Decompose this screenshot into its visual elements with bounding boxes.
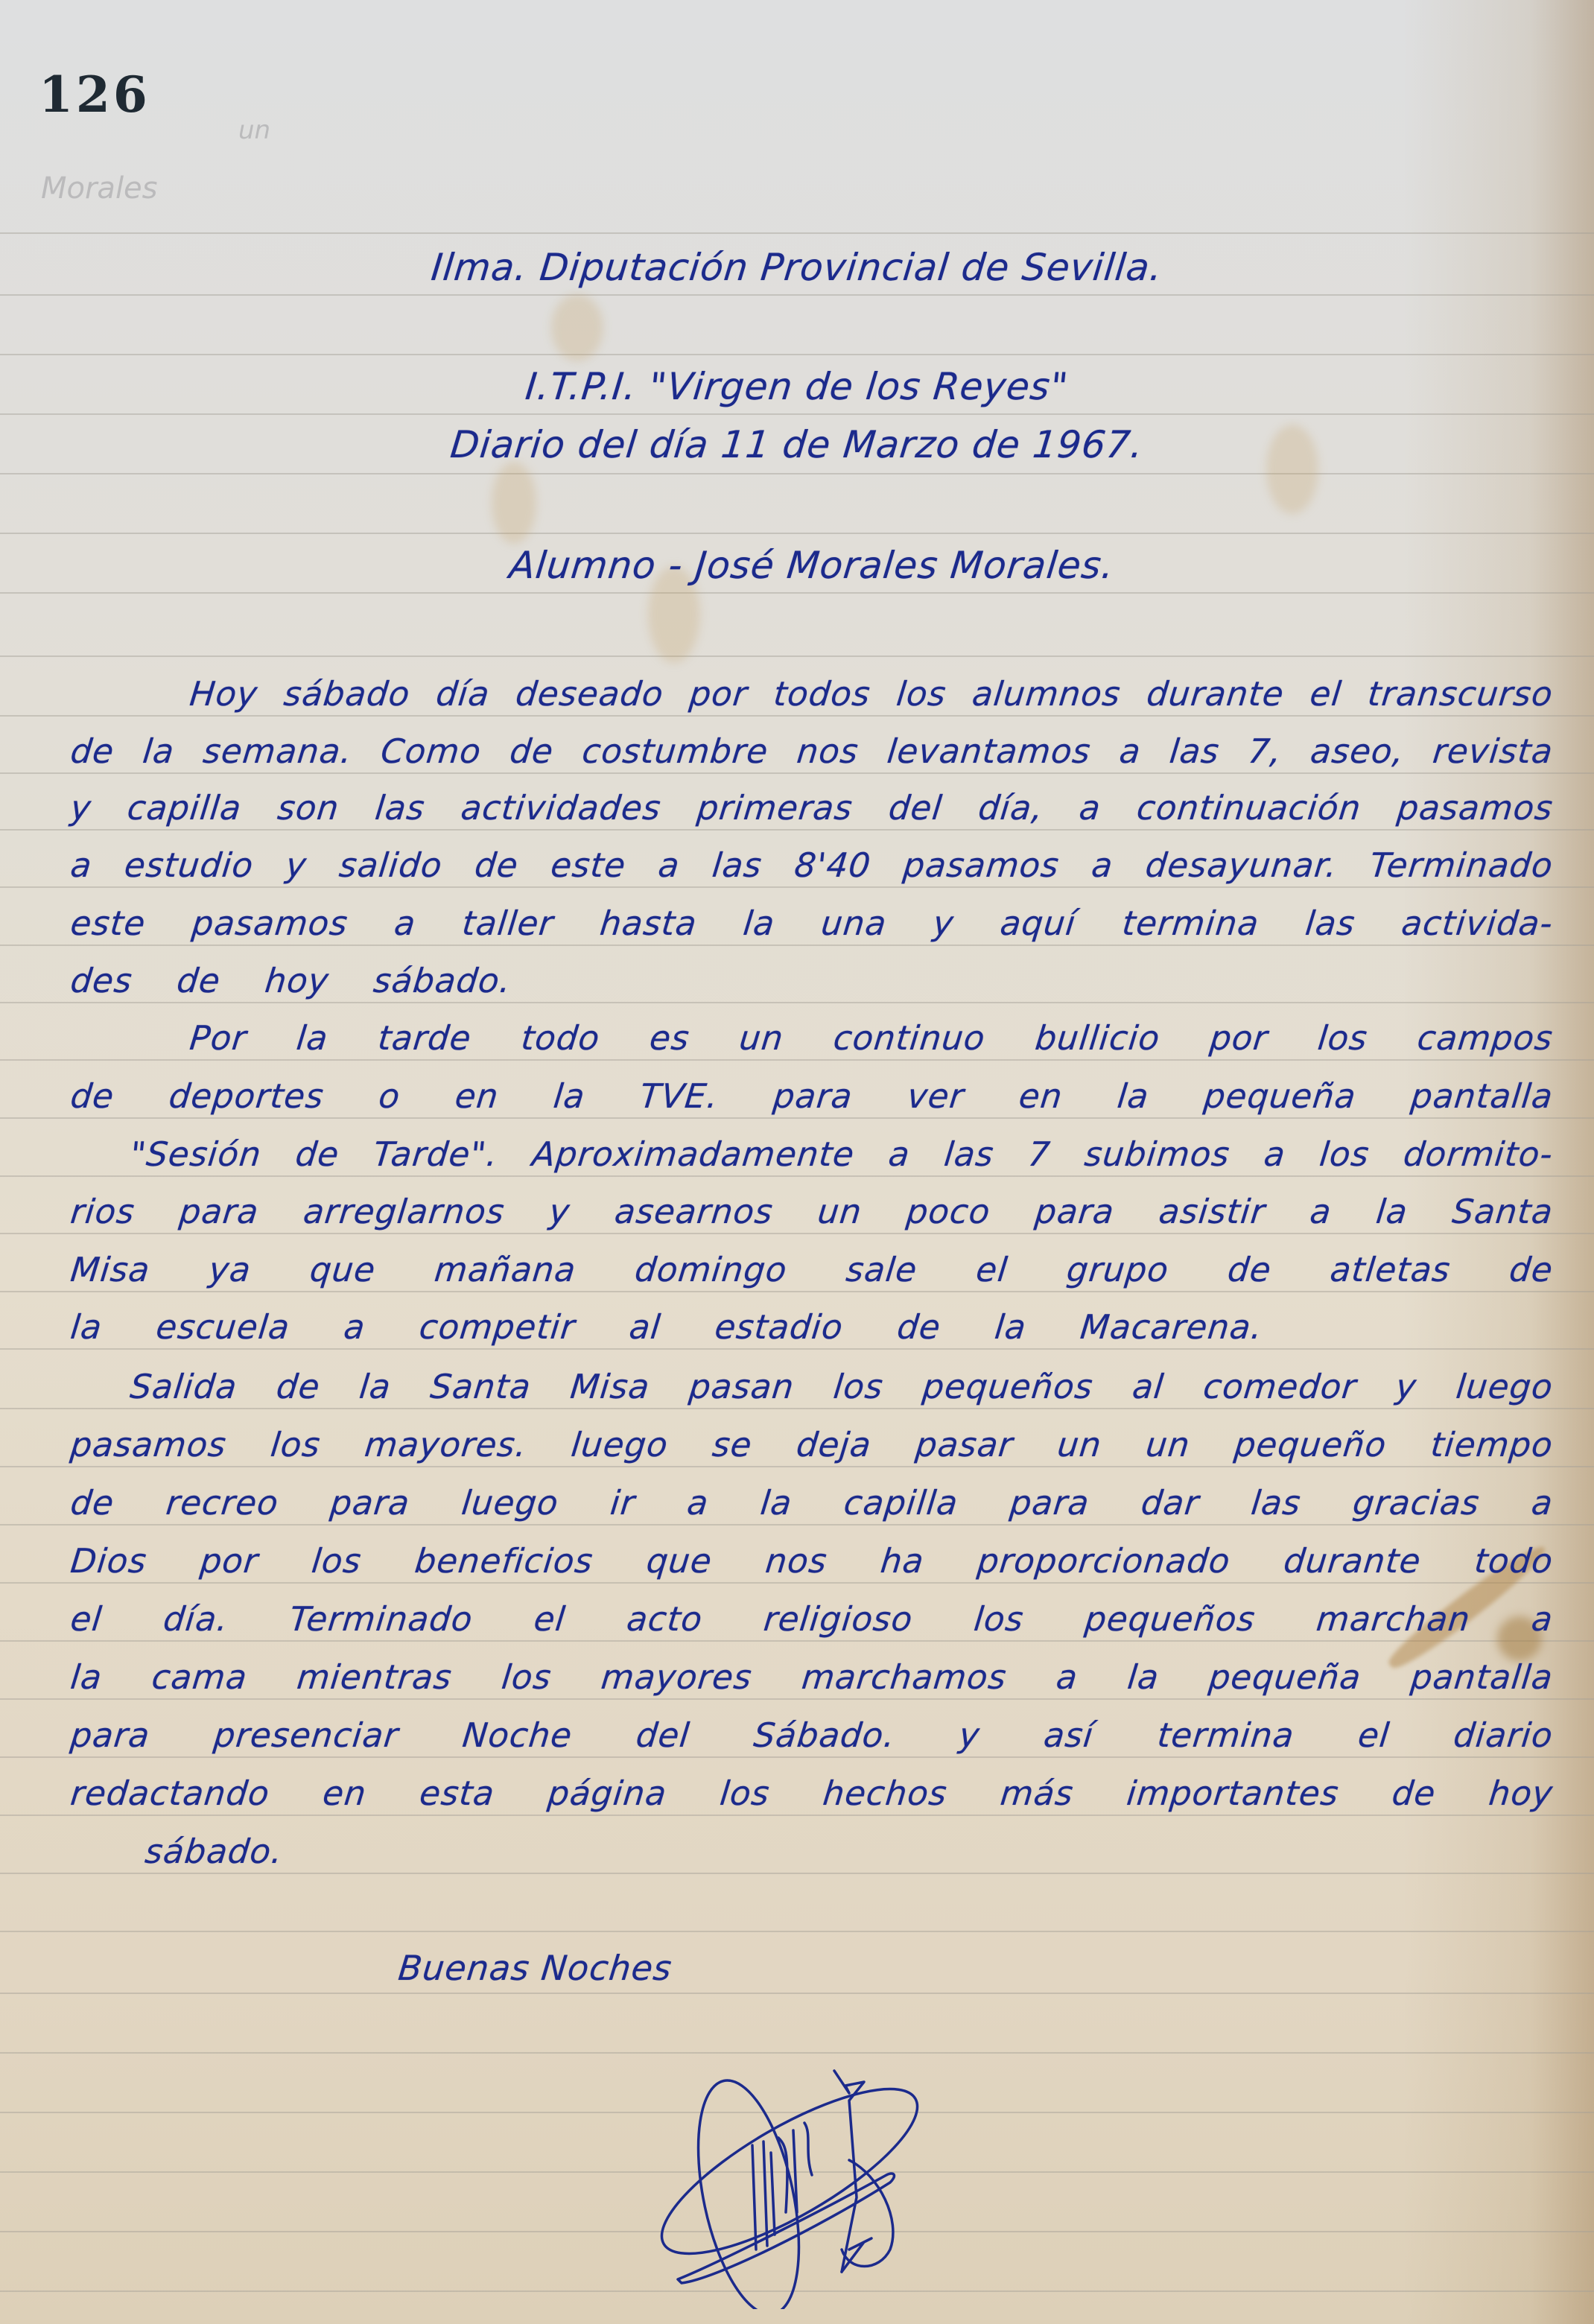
word: hechos bbox=[821, 1774, 949, 1813]
word: TVE. bbox=[638, 1076, 721, 1116]
word: capilla bbox=[125, 788, 244, 828]
word: un bbox=[1055, 1425, 1104, 1464]
school-heading: I.T.P.I. "Virgen de los Reyes" bbox=[0, 365, 1594, 408]
word: de bbox=[175, 961, 223, 1000]
word: pequeños bbox=[1083, 1599, 1257, 1639]
word: el bbox=[1308, 674, 1344, 714]
pencil-mark: Morales bbox=[41, 171, 158, 206]
word: asearnos bbox=[613, 1192, 775, 1231]
word: los bbox=[500, 1657, 553, 1697]
word: Aproximadamente bbox=[530, 1134, 857, 1174]
word: transcurso bbox=[1366, 674, 1555, 714]
word: del bbox=[635, 1715, 692, 1755]
word: todos bbox=[772, 674, 872, 714]
pencil-mark: un bbox=[238, 115, 270, 145]
rule-line bbox=[0, 1348, 1594, 1350]
body-line: delasemana.Comodecostumbrenoslevantamosa… bbox=[69, 731, 1555, 771]
word: estudio bbox=[123, 845, 255, 885]
word: de bbox=[1390, 1774, 1438, 1813]
word: el bbox=[532, 1599, 568, 1639]
word: pequeños bbox=[921, 1367, 1095, 1406]
word: mayores. bbox=[363, 1425, 529, 1464]
word: así bbox=[1042, 1715, 1096, 1755]
word: los bbox=[1316, 1018, 1370, 1058]
word: las bbox=[373, 788, 427, 828]
word: más bbox=[999, 1774, 1076, 1813]
word: Macarena. bbox=[1079, 1307, 1265, 1347]
body-line: dedeportesoenlaTVE.paraverenlapequeñapan… bbox=[69, 1076, 1555, 1116]
body-line: desdehoysábado. bbox=[69, 961, 1555, 1000]
word: pasan bbox=[688, 1367, 796, 1406]
rule-line bbox=[0, 772, 1594, 774]
word: bullicio bbox=[1033, 1018, 1162, 1058]
word: proporcionado bbox=[976, 1541, 1233, 1581]
word: de bbox=[293, 1134, 341, 1174]
water-stain bbox=[492, 462, 536, 544]
word: nos bbox=[763, 1541, 829, 1581]
word: a bbox=[1078, 788, 1103, 828]
word: a bbox=[69, 845, 94, 885]
word: sábado. bbox=[372, 961, 513, 1000]
word: la bbox=[758, 1483, 794, 1523]
word: hoy bbox=[1487, 1774, 1555, 1813]
word: Terminado bbox=[1368, 845, 1555, 885]
word: comedor bbox=[1201, 1367, 1359, 1406]
word: la bbox=[741, 904, 777, 943]
word: competir bbox=[417, 1307, 577, 1347]
word: la bbox=[295, 1018, 331, 1058]
word: que bbox=[308, 1250, 378, 1289]
rule-line bbox=[0, 533, 1594, 534]
rule-line bbox=[0, 1756, 1594, 1758]
word: de bbox=[1508, 1250, 1555, 1289]
word: ver bbox=[906, 1076, 966, 1116]
word: capilla bbox=[842, 1483, 960, 1523]
word: acto bbox=[625, 1599, 705, 1639]
rule-line bbox=[0, 1640, 1594, 1642]
word: Misa bbox=[69, 1250, 152, 1289]
student-heading: Alumno - José Morales Morales. bbox=[0, 544, 1594, 587]
word: el bbox=[69, 1599, 104, 1639]
word: para bbox=[177, 1192, 261, 1231]
body-line: Diosporlosbeneficiosquenoshaproporcionad… bbox=[69, 1541, 1555, 1581]
date-heading: Diario del día 11 de Marzo de 1967. bbox=[0, 423, 1594, 466]
word: a bbox=[1117, 731, 1143, 771]
word: a bbox=[1055, 1657, 1080, 1697]
word: Por bbox=[188, 1018, 249, 1058]
word: los bbox=[310, 1541, 363, 1581]
institution-heading: Ilma. Diputación Provincial de Sevilla. bbox=[0, 246, 1594, 289]
rule-line bbox=[0, 592, 1594, 594]
word: para bbox=[772, 1076, 855, 1116]
word: Como bbox=[379, 731, 483, 771]
word: de bbox=[69, 1483, 116, 1523]
water-stain bbox=[551, 294, 603, 361]
word: gracias bbox=[1351, 1483, 1482, 1523]
word: termina bbox=[1155, 1715, 1296, 1755]
word: y bbox=[931, 904, 956, 943]
word: durante bbox=[1145, 674, 1286, 714]
word: un bbox=[1144, 1425, 1193, 1464]
word: aseo, bbox=[1309, 731, 1406, 771]
word: campos bbox=[1415, 1018, 1555, 1058]
word: en bbox=[321, 1774, 369, 1813]
word: poco bbox=[904, 1192, 992, 1231]
rule-line bbox=[0, 1698, 1594, 1700]
word: actividades bbox=[459, 788, 663, 828]
word: al bbox=[627, 1307, 663, 1347]
word: la bbox=[358, 1367, 393, 1406]
word: a bbox=[886, 1134, 912, 1174]
word: de bbox=[1226, 1250, 1274, 1289]
word: tiempo bbox=[1429, 1425, 1555, 1464]
rule-line bbox=[0, 413, 1594, 415]
word: los bbox=[718, 1774, 772, 1813]
word: arreglarnos bbox=[302, 1192, 507, 1231]
body-line: Misayaquemañanadomingosaleelgrupodeatlet… bbox=[69, 1250, 1555, 1289]
word: de bbox=[473, 845, 521, 885]
word: los bbox=[895, 674, 948, 714]
rule-line bbox=[0, 1291, 1594, 1292]
word: salido bbox=[337, 845, 445, 885]
word: página bbox=[546, 1774, 669, 1813]
word: pasamos bbox=[1395, 788, 1555, 828]
word: día bbox=[434, 674, 492, 714]
word: pequeña bbox=[1202, 1076, 1359, 1116]
word: a bbox=[1262, 1134, 1287, 1174]
rule-line bbox=[0, 655, 1594, 657]
rule-line bbox=[0, 1993, 1594, 1994]
word: dormito- bbox=[1402, 1134, 1555, 1174]
rule-line bbox=[0, 1815, 1594, 1816]
word: dar bbox=[1140, 1483, 1201, 1523]
word: deja bbox=[795, 1425, 874, 1464]
word: todo bbox=[519, 1018, 602, 1058]
word: hasta bbox=[598, 904, 699, 943]
word: Hoy bbox=[188, 674, 260, 714]
rule-line bbox=[0, 1002, 1594, 1003]
word: luego bbox=[460, 1483, 560, 1523]
word: redactando bbox=[69, 1774, 271, 1813]
word: de bbox=[69, 1076, 116, 1116]
word: pasamos bbox=[69, 1425, 229, 1464]
body-line: aestudioysalidodeestealas8'40pasamosades… bbox=[69, 845, 1555, 885]
word: sábado. bbox=[143, 1832, 285, 1871]
word: el bbox=[1356, 1715, 1392, 1755]
word: Santa bbox=[1450, 1192, 1555, 1231]
word: y bbox=[69, 788, 93, 828]
rule-line bbox=[0, 294, 1594, 296]
rule-line bbox=[0, 1524, 1594, 1525]
word: semana. bbox=[201, 731, 355, 771]
word: pasamos bbox=[190, 904, 350, 943]
word: este bbox=[69, 904, 147, 943]
word: estadio bbox=[713, 1307, 845, 1347]
word: domingo bbox=[633, 1250, 790, 1289]
word: termina bbox=[1120, 904, 1261, 943]
word: para bbox=[1033, 1192, 1117, 1231]
rule-line bbox=[0, 232, 1594, 234]
body-line: parapresenciarNochedelSábado.yasítermina… bbox=[69, 1715, 1555, 1755]
word: para bbox=[69, 1715, 152, 1755]
word: por bbox=[688, 674, 749, 714]
word: los bbox=[972, 1599, 1026, 1639]
word: nos bbox=[795, 731, 860, 771]
word: las bbox=[711, 845, 764, 885]
word: 7 bbox=[1026, 1134, 1052, 1174]
signature-icon bbox=[626, 2026, 953, 2309]
rule-line bbox=[0, 1582, 1594, 1584]
word: pequeño bbox=[1233, 1425, 1389, 1464]
word: a bbox=[1530, 1599, 1555, 1639]
word: pasar bbox=[914, 1425, 1015, 1464]
word: Santa bbox=[428, 1367, 533, 1406]
word: la bbox=[552, 1076, 588, 1116]
word: Misa bbox=[568, 1367, 652, 1406]
word: las bbox=[942, 1134, 996, 1174]
word: Salida bbox=[128, 1367, 239, 1406]
word: los bbox=[269, 1425, 323, 1464]
rule-line bbox=[0, 1931, 1594, 1932]
body-line: redactandoenestapáginaloshechosmásimport… bbox=[69, 1774, 1555, 1813]
word: continuación bbox=[1135, 788, 1363, 828]
word: este bbox=[549, 845, 628, 885]
word: la bbox=[1374, 1192, 1410, 1231]
word: un bbox=[816, 1192, 864, 1231]
word: de bbox=[69, 731, 116, 771]
word: día, bbox=[977, 788, 1046, 828]
word: la bbox=[69, 1657, 104, 1697]
word: marchan bbox=[1315, 1599, 1473, 1639]
word: a bbox=[656, 845, 682, 885]
rule-line bbox=[0, 354, 1594, 355]
word: de bbox=[275, 1367, 323, 1406]
word: del bbox=[887, 788, 944, 828]
rule-line bbox=[0, 1059, 1594, 1061]
rule-line bbox=[0, 1233, 1594, 1234]
word: durante bbox=[1282, 1541, 1423, 1581]
rule-line bbox=[0, 715, 1594, 717]
word: tarde bbox=[376, 1018, 474, 1058]
closing-greeting: Buenas Noches bbox=[396, 1948, 674, 1988]
word: al bbox=[1131, 1367, 1166, 1406]
word: Tarde". bbox=[372, 1134, 501, 1174]
word: Sábado. bbox=[752, 1715, 897, 1755]
word: mañana bbox=[433, 1250, 578, 1289]
word: y bbox=[284, 845, 308, 885]
word: la bbox=[141, 731, 177, 771]
word: y bbox=[547, 1192, 572, 1231]
word: continuo bbox=[831, 1018, 987, 1058]
word: aquí bbox=[998, 904, 1078, 943]
word: a bbox=[393, 904, 418, 943]
word: los bbox=[1318, 1134, 1371, 1174]
word: primeras bbox=[695, 788, 854, 828]
word: y bbox=[1394, 1367, 1419, 1406]
word: son bbox=[276, 788, 341, 828]
word: el bbox=[974, 1250, 1010, 1289]
word: costumbre bbox=[580, 731, 770, 771]
body-line: ycapillasonlasactividadesprimerasdeldía,… bbox=[69, 788, 1555, 828]
word: de bbox=[895, 1307, 943, 1347]
word: luego bbox=[1454, 1367, 1555, 1406]
word: rios bbox=[69, 1192, 137, 1231]
word: ir bbox=[609, 1483, 638, 1523]
word: deseado bbox=[514, 674, 666, 714]
word: luego bbox=[569, 1425, 670, 1464]
body-line: pasamoslosmayores.luegosedejapasarununpe… bbox=[69, 1425, 1555, 1464]
notebook-page: 126 un Morales Ilma. Diputación Provinci… bbox=[0, 0, 1594, 2324]
body-line: lacamamientraslosmayoresmarchamosalapequ… bbox=[69, 1657, 1555, 1697]
word: desayunar. bbox=[1143, 845, 1339, 885]
word: para bbox=[328, 1483, 412, 1523]
body-line: eldía.Terminadoelactoreligiosolospequeño… bbox=[69, 1599, 1555, 1639]
word: taller bbox=[460, 904, 556, 943]
word: y bbox=[957, 1715, 982, 1755]
word: asistir bbox=[1157, 1192, 1267, 1231]
rule-line bbox=[0, 1117, 1594, 1119]
word: la bbox=[993, 1307, 1029, 1347]
word: día. bbox=[162, 1599, 231, 1639]
word: marchamos bbox=[800, 1657, 1009, 1697]
body-line: Porlatardetodoesuncontinuobullicioporlos… bbox=[69, 1018, 1555, 1058]
word: "Sesión bbox=[128, 1134, 264, 1174]
word: a bbox=[342, 1307, 367, 1347]
word: pantalla bbox=[1409, 1076, 1555, 1116]
word: las bbox=[1168, 731, 1222, 771]
word: activida- bbox=[1400, 904, 1555, 943]
body-line: SalidadelaSantaMisapasanlospequeñosalcom… bbox=[69, 1367, 1555, 1406]
word: mientras bbox=[295, 1657, 454, 1697]
word: por bbox=[1208, 1018, 1270, 1058]
word: una bbox=[819, 904, 889, 943]
body-line: derecreoparaluegoiralacapillaparadarlasg… bbox=[69, 1483, 1555, 1523]
word: la bbox=[69, 1307, 104, 1347]
word: subimos bbox=[1082, 1134, 1231, 1174]
rule-line bbox=[0, 473, 1594, 474]
rule-line bbox=[0, 1408, 1594, 1409]
word: escuela bbox=[154, 1307, 292, 1347]
word: o bbox=[377, 1076, 402, 1116]
word: atletas bbox=[1328, 1250, 1452, 1289]
rule-line bbox=[0, 829, 1594, 831]
body-line: "SesióndeTarde".Aproximadamentealas7subi… bbox=[69, 1134, 1555, 1174]
word: un bbox=[737, 1018, 786, 1058]
word: a bbox=[685, 1483, 711, 1523]
rule-line bbox=[0, 1466, 1594, 1467]
word: deportes bbox=[167, 1076, 326, 1116]
word: mayores bbox=[600, 1657, 755, 1697]
word: a bbox=[1090, 845, 1115, 885]
word: pequeña bbox=[1207, 1657, 1363, 1697]
word: a bbox=[1530, 1483, 1555, 1523]
word: los bbox=[832, 1367, 886, 1406]
page-number: 126 bbox=[39, 66, 150, 124]
rule-line bbox=[0, 886, 1594, 888]
word: que bbox=[644, 1541, 714, 1581]
body-line: sábado. bbox=[69, 1832, 1555, 1871]
word: la bbox=[1116, 1076, 1152, 1116]
word: esta bbox=[418, 1774, 497, 1813]
rule-line bbox=[0, 1175, 1594, 1177]
word: ya bbox=[207, 1250, 253, 1289]
word: de bbox=[508, 731, 556, 771]
word: la bbox=[1125, 1657, 1161, 1697]
word: levantamos bbox=[886, 731, 1093, 771]
word: grupo bbox=[1065, 1250, 1171, 1289]
body-line: Hoysábadodíadeseadoportodoslosalumnosdur… bbox=[69, 674, 1555, 714]
word: recreo bbox=[164, 1483, 280, 1523]
word: las bbox=[1249, 1483, 1303, 1523]
word: pantalla bbox=[1409, 1657, 1555, 1697]
word: sábado bbox=[282, 674, 412, 714]
body-line: riosparaarreglarnosyasearnosunpocoparaas… bbox=[69, 1192, 1555, 1231]
word: pasamos bbox=[901, 845, 1061, 885]
word: des bbox=[69, 961, 134, 1000]
word: importantes bbox=[1125, 1774, 1341, 1813]
word: todo bbox=[1473, 1541, 1555, 1581]
word: sale bbox=[844, 1250, 919, 1289]
word: se bbox=[711, 1425, 755, 1464]
word: diario bbox=[1452, 1715, 1555, 1755]
word: para bbox=[1008, 1483, 1091, 1523]
word: alumnos bbox=[971, 674, 1123, 714]
word: Noche bbox=[460, 1715, 574, 1755]
word: 7, bbox=[1246, 731, 1284, 771]
word: 8'40 bbox=[793, 845, 873, 885]
word: beneficios bbox=[413, 1541, 595, 1581]
word: ha bbox=[879, 1541, 927, 1581]
word: en bbox=[453, 1076, 501, 1116]
word: Dios bbox=[69, 1541, 149, 1581]
word: es bbox=[648, 1018, 692, 1058]
rule-line bbox=[0, 1873, 1594, 1874]
body-line: laescuelaacompetiralestadiodelaMacarena. bbox=[69, 1307, 1265, 1347]
rule-line bbox=[0, 944, 1594, 946]
word: Terminado bbox=[288, 1599, 474, 1639]
word: por bbox=[198, 1541, 260, 1581]
word: religioso bbox=[762, 1599, 915, 1639]
word: revista bbox=[1431, 731, 1555, 771]
word: hoy bbox=[263, 961, 331, 1000]
word: presenciar bbox=[212, 1715, 400, 1755]
word: a bbox=[1308, 1192, 1333, 1231]
word: cama bbox=[150, 1657, 249, 1697]
word: las bbox=[1304, 904, 1357, 943]
body-line: estepasamosatallerhastalaunayaquítermina… bbox=[69, 904, 1555, 943]
word: en bbox=[1017, 1076, 1064, 1116]
